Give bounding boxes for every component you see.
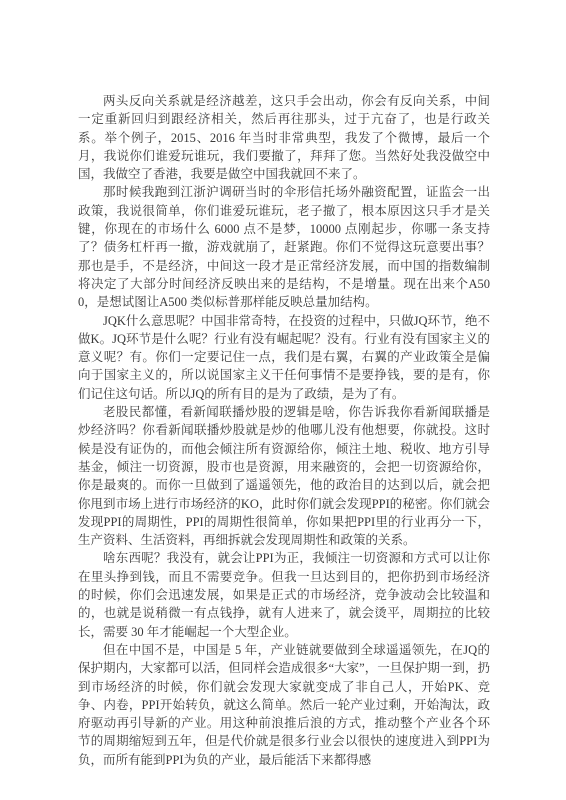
paragraph-2: 那时候我跑到江浙沪调研当时的伞形信托场外融资配置，证监会一出政策，我说很简单，你… (78, 183, 490, 311)
paragraph-3: JQK什么意思呢？中国非常奇特，在投资的过程中，只做JQ环节，绝不做K。JQ环节… (78, 312, 490, 403)
paragraph-1: 两头反向关系就是经济越差，这只手会出动，你会有反向关系，中间一定重新回归到跟经济… (78, 92, 490, 183)
paragraph-5: 啥东西呢？我没有，就会让PPI为正，我倾注一切资源和方式可以让你在里头挣到钱，而… (78, 549, 490, 640)
document-page: 两头反向关系就是经济越差，这只手会出动，你会有反向关系，中间一定重新回归到跟经济… (0, 0, 566, 800)
paragraph-4: 老股民都懂，看新闻联播炒股的逻辑是啥，你告诉我你看新闻联播是炒经济吗？你看新闻联… (78, 403, 490, 549)
paragraph-6: 但在中国不是，中国是 5 年，产业链就要做到全球遥遥领先，在JQ的保护期内，大家… (78, 641, 490, 769)
text-block: 两头反向关系就是经济越差，这只手会出动，你会有反向关系，中间一定重新回归到跟经济… (78, 92, 490, 769)
